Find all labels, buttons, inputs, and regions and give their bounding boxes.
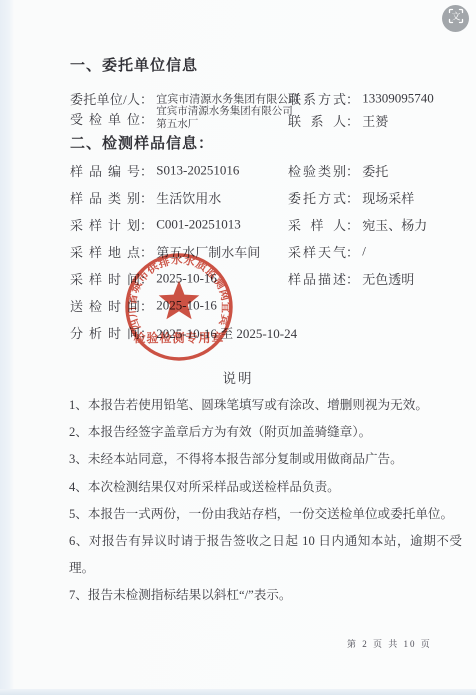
field-value: 2025-10-16 至 2025-10-24 xyxy=(156,326,297,341)
field-sampling-weather: 采样天气： / xyxy=(288,242,366,261)
field-label: 采样地点 xyxy=(70,242,140,261)
field-label: 采样天气 xyxy=(288,242,346,261)
field-label: 采样计划 xyxy=(70,215,140,234)
field-test-category: 检验类别： 委托 xyxy=(288,161,388,180)
note-item-5: 5、本报告一式两份，一份由我站存档，一份交送检单位或委托单位。 xyxy=(69,501,462,528)
field-label: 样品描述 xyxy=(288,269,346,288)
field-value: 宜宾市清源水务集团有限公司 xyxy=(156,94,299,106)
field-value: 第五水厂制水车间 xyxy=(156,245,260,260)
field-sample-no: 样品编号： S013-20251016 xyxy=(70,161,239,180)
colon: ： xyxy=(140,215,153,234)
colon: ： xyxy=(346,269,359,288)
colon: ： xyxy=(346,89,359,108)
field-analysis-time: 分析时间： 2025-10-16 至 2025-10-24 xyxy=(70,323,297,342)
field-label: 采样时间 xyxy=(70,269,140,288)
field-value: 王赟 xyxy=(362,114,388,129)
field-commission-mode: 委托方式： 现场采样 xyxy=(288,188,414,207)
field-contact-phone: 联系方式： 13309095740 xyxy=(288,89,434,108)
field-label: 受检单位 xyxy=(70,109,140,128)
field-sampling-site: 采样地点： 第五水厂制水车间 xyxy=(70,242,260,261)
field-label: 委托方式 xyxy=(288,188,346,207)
field-label: 送检时间 xyxy=(70,296,140,315)
field-sampler: 采样人： 宛玉、杨力 xyxy=(288,215,427,234)
colon: ： xyxy=(140,161,153,180)
colon: ： xyxy=(140,296,153,315)
colon: ： xyxy=(346,188,359,207)
colon: ： xyxy=(140,269,153,288)
stamp-ring-text: 四川省城市供排水水质监测网宜宾监测站 xyxy=(125,253,232,331)
svg-text:文: 文 xyxy=(451,10,460,22)
extract-text-button[interactable]: 文 xyxy=(442,5,469,32)
field-value: C001-20251013 xyxy=(156,217,241,232)
field-sample-type: 样品类别： 生活饮用水 xyxy=(70,188,221,207)
colon: ： xyxy=(140,109,153,128)
field-value: 2025-10-16 xyxy=(156,271,217,286)
note-item-7: 7、报告未检测指标结果以斜杠“/”表示。 xyxy=(69,582,462,609)
field-value: / xyxy=(362,244,366,259)
svg-text:四川省城市供排水水质监测网宜宾监测站: 四川省城市供排水水质监测网宜宾监测站 xyxy=(125,253,232,331)
field-value: 宛玉、杨力 xyxy=(362,218,427,233)
page-number: 第 2 页 共 10 页 xyxy=(347,637,432,650)
extract-text-icon: 文 xyxy=(448,8,464,29)
field-submission-time: 送检时间： 2025-10-16 xyxy=(70,296,217,315)
field-value: 委托 xyxy=(362,164,388,179)
field-value: 现场采样 xyxy=(362,191,414,206)
note-item-2: 2、本报告经签字盖章后方为有效（附页加盖骑缝章）。 xyxy=(69,419,462,446)
colon: ： xyxy=(346,111,359,130)
field-label: 检验类别 xyxy=(288,161,346,180)
section-heading-sample: 二、检测样品信息： xyxy=(70,132,214,153)
section-heading-client: 一、委托单位信息 xyxy=(70,54,198,75)
field-sampling-time: 采样时间： 2025-10-16 xyxy=(70,269,217,288)
colon: ： xyxy=(346,242,359,261)
field-inspected-unit: 受检单位： 宜宾市清源水务集团有限公司第五水厂 xyxy=(70,106,293,131)
field-label: 联系方式 xyxy=(288,89,346,108)
field-sample-description: 样品描述： 无色透明 xyxy=(288,269,414,288)
field-value: 宜宾市清源水务集团有限公司第五水厂 xyxy=(156,106,293,131)
document-photo: 文 一、委托单位信息 委托单位/人： 宜宾市清源水务集团有限公司 联系方式： 1… xyxy=(0,0,476,695)
field-label: 联系人 xyxy=(288,111,346,130)
note-item-1: 1、本报告若使用铅笔、圆珠笔填写或有涂改、增删则视为无效。 xyxy=(69,392,462,419)
colon: ： xyxy=(140,323,153,342)
field-label: 样品编号 xyxy=(70,161,140,180)
field-value: 生活饮用水 xyxy=(156,191,221,206)
field-label: 分析时间 xyxy=(70,323,140,342)
field-sampling-plan: 采样计划： C001-20251013 xyxy=(70,215,241,234)
colon: ： xyxy=(140,188,153,207)
note-item-3: 3、未经本站同意，不得将本报告部分复制或用做商品广告。 xyxy=(69,446,462,473)
field-value: 2025-10-16 xyxy=(156,298,217,313)
field-value: 13309095740 xyxy=(362,91,434,106)
notes-list: 1、本报告若使用铅笔、圆珠笔填写或有涂改、增删则视为无效。 2、本报告经签字盖章… xyxy=(69,392,462,610)
field-value: S013-20251016 xyxy=(156,163,239,178)
colon: ： xyxy=(140,242,153,261)
colon: ： xyxy=(346,215,359,234)
notes-title: 说明 xyxy=(0,367,476,387)
field-contact-person: 联系人： 王赟 xyxy=(288,111,388,130)
colon: ： xyxy=(346,161,359,180)
field-value: 无色透明 xyxy=(362,272,414,287)
note-item-4: 4、本次检测结果仅对所采样品或送检样品负责。 xyxy=(69,474,462,501)
field-label: 采样人 xyxy=(288,215,346,234)
field-label: 样品类别 xyxy=(70,188,140,207)
note-item-6: 6、对报告有异议时请于报告签收之日起 10 日内通知本站，逾期不受理。 xyxy=(69,528,462,582)
